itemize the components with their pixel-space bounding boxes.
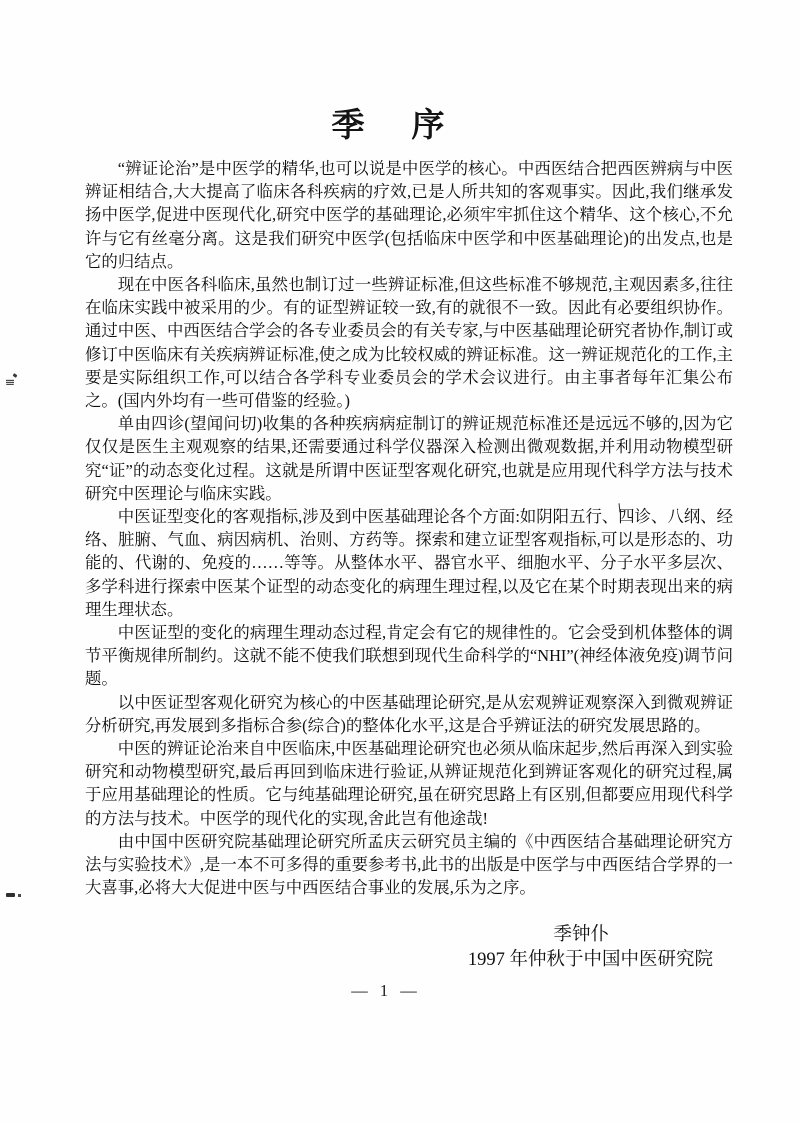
paragraph: 中医证型变化的客观指标,涉及到中医基础理论各个方面:如阴阳五行、四诊、八纲、经络… [85,505,733,621]
paragraph: 单由四诊(望闻问切)收集的各种疾病病症制订的辨证规范标准还是远远不够的,因为它仅… [85,412,733,505]
paragraph: 以中医证型客观化研究为核心的中医基础理论研究,是从宏观辨证观察深入到微观辨证分析… [85,691,733,737]
page-number: — 1 — [0,981,772,1001]
ink-dot-artifact [18,894,21,897]
author-signature: 季钟仆 [553,925,609,945]
paragraph: “辨证论治”是中医学的精华,也可以说是中医学的核心。中西医结合把西医辨病与中医辨… [85,157,733,273]
preface-body: “辨证论治”是中医学的精华,也可以说是中医学的核心。中西医结合把西医辨病与中医辨… [85,157,733,900]
ink-smudge-artifact [6,379,14,385]
ink-dash-artifact [6,893,15,897]
title-char-2: 序 [412,108,445,144]
paragraph: 中医证型的变化的病理生理动态过程,肯定会有它的规律性的。它会受到机体整体的调节平… [85,621,733,691]
paragraph: 现在中医各科临床,虽然也制订过一些辨证标准,但这些标准不够规范,主观因素多,往往… [85,273,733,412]
paragraph: 中医的辨证论治来自中医临床,中医基础理论研究也必须从临床起步,然后再深入到实验研… [85,737,733,830]
paragraph: 由中国中医研究院基础理论研究所孟庆云研究员主编的《中西医结合基础理论研究方法与实… [85,830,733,900]
scanned-preface-page: 季序 “辨证论治”是中医学的精华,也可以说是中医学的核心。中西医结合把西医辨病与… [0,0,801,1122]
date-line: 1997 年仲秋于中国中医研究院 [468,950,713,970]
ink-smudge-artifact [13,373,18,378]
ink-tick-artifact [619,503,626,513]
title-char-1: 季 [332,108,365,144]
page-title: 季序 [0,106,776,146]
